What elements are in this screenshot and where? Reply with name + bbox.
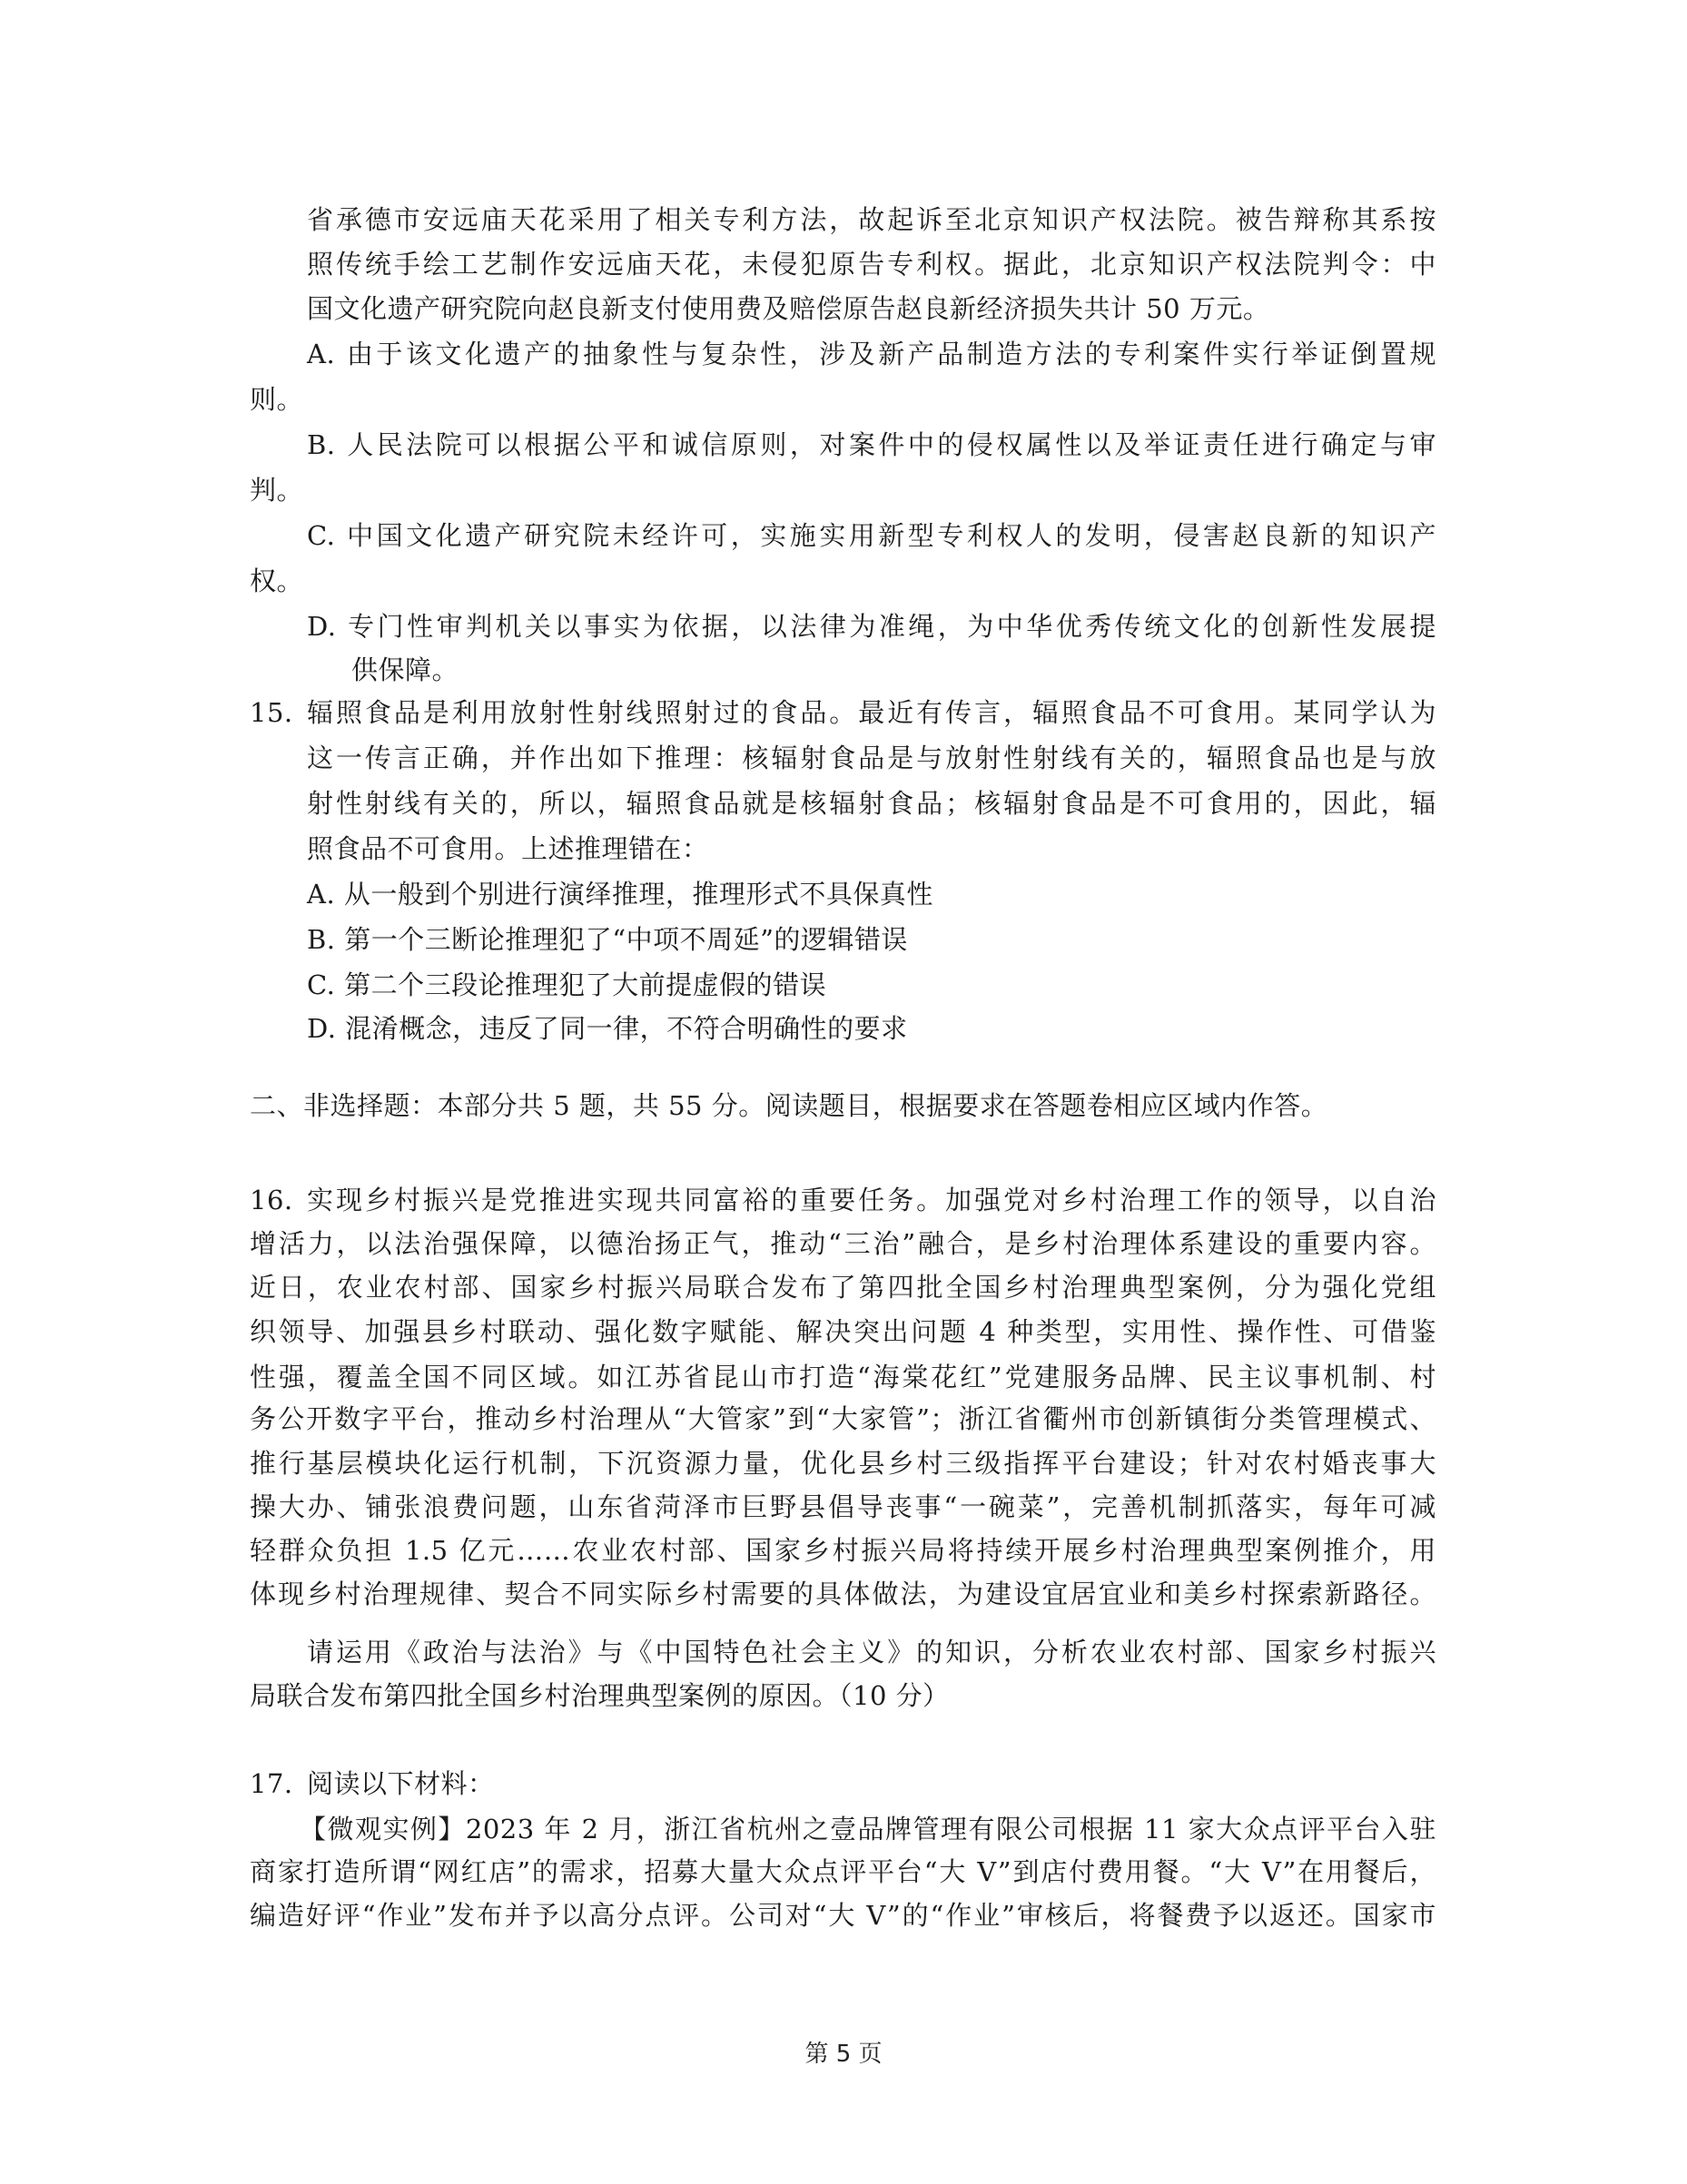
option-label: C. [307,520,335,551]
option-text: 人民法院可以根据公平和诚信原则，对案件中的侵权属性以及举证责任进行确定与审 [347,429,1436,460]
q16-line: 推行基层模块化运行机制，下沉资源力量，优化县乡村三级指挥平台建设；针对农村婚丧事… [250,1445,1436,1481]
q15-option-d: D. 混淆概念，违反了同一律，不符合明确性的要求 [307,1010,908,1047]
q14-option-b: B. 人民法院可以根据公平和诚信原则，对案件中的侵权属性以及举证责任进行确定与审 [307,427,1436,463]
q16-line: 织领导、加强县乡村联动、强化数字赋能、解决突出问题 4 种类型，实用性、操作性、… [250,1313,1436,1350]
q14-option-d: D. 专门性审判机关以事实为依据，以法律为准绳，为中华优秀传统文化的创新性发展提 [307,608,1436,644]
q14-option-b-cont: 判。 [250,472,303,508]
q15-option-a: A. 从一般到个别进行演绎推理，推理形式不具保真性 [307,876,933,912]
q15-stem-line: 这一传言正确，并作出如下推理：核辐射食品是与放射性射线有关的，辐照食品也是与放 [307,740,1436,776]
q16-prompt-line: 请运用《政治与法治》与《中国特色社会主义》的知识，分析农业农村部、国家乡村振兴 [307,1634,1436,1670]
q17-line: 【微观实例】2023 年 2 月，浙江省杭州之壹品牌管理有限公司根据 11 家大… [300,1811,1436,1847]
option-text: 中国文化遗产研究院未经许可，实施实用新型专利权人的发明，侵害赵良新的知识产 [347,520,1436,551]
q16-line: 近日，农业农村部、国家乡村振兴局联合发布了第四批全国乡村治理典型案例，分为强化党… [250,1269,1436,1305]
q15-option-c: C. 第二个三段论推理犯了大前提虚假的错误 [307,967,826,1003]
q15-stem-line: 照食品不可食用。上述推理错在： [307,831,709,867]
option-text: 混淆概念，违反了同一律，不符合明确性的要求 [345,1013,908,1044]
exam-page: 省承德市安远庙天花采用了相关专利方法，故起诉至北京知识产权法院。被告辩称其系按 … [0,0,1687,2184]
option-text: 第一个三断论推理犯了“中项不周延”的逻辑错误 [344,924,908,955]
q15-number: 15. [250,694,293,731]
section-heading: 二、非选择题：本部分共 5 题，共 55 分。阅读题目，根据要求在答题卷相应区域… [250,1087,1327,1124]
page-number: 第 5 页 [0,2035,1687,2069]
q14-option-c: C. 中国文化遗产研究院未经许可，实施实用新型专利权人的发明，侵害赵良新的知识产 [307,517,1436,554]
option-label: B. [307,924,336,955]
option-text: 从一般到个别进行演绎推理，推理形式不具保真性 [344,879,933,910]
q14-option-c-cont: 权。 [250,563,303,599]
q15-stem-line: 射性射线有关的，所以，辐照食品就是核辐射食品；核辐射食品是不可食用的，因此，辐 [307,785,1436,821]
q17-line: 编造好评“作业”发布并予以高分点评。公司对“大 V”的“作业”审核后，将餐费予以… [250,1897,1436,1933]
option-label: D. [307,1013,336,1044]
q15-stem-line: 辐照食品是利用放射性射线照射过的食品。最近有传言，辐照食品不可食用。某同学认为 [307,694,1436,731]
q16-line: 实现乡村振兴是党推进实现共同富裕的重要任务。加强党对乡村治理工作的领导，以自治 [307,1182,1436,1218]
option-label: A. [307,339,335,369]
q14-option-d-cont: 供保障。 [351,652,459,688]
option-label: D. [307,611,336,642]
q16-line: 性强，覆盖全国不同区域。如江苏省昆山市打造“海棠花红”党建服务品牌、民主议事机制… [250,1359,1436,1395]
q16-line: 增活力，以法治强保障，以德治扬正气，推动“三治”融合，是乡村治理体系建设的重要内… [250,1225,1436,1262]
q14-stem-line: 国文化遗产研究院向赵良新支付使用费及赔偿原告赵良新经济损失共计 50 万元。 [307,290,1269,327]
q16-line: 务公开数字平台，推动乡村治理从“大管家”到“大家管”；浙江省衢州市创新镇街分类管… [250,1401,1436,1437]
option-text: 第二个三段论推理犯了大前提虚假的错误 [344,969,826,1000]
option-label: B. [307,429,336,460]
q15-option-b: B. 第一个三断论推理犯了“中项不周延”的逻辑错误 [307,921,908,958]
option-text: 专门性审判机关以事实为依据，以法律为准绳，为中华优秀传统文化的创新性发展提 [348,611,1436,642]
q14-option-a: A. 由于该文化遗产的抽象性与复杂性，涉及新产品制造方法的专利案件实行举证倒置规 [307,336,1436,372]
q17-intro: 阅读以下材料： [307,1766,495,1802]
q14-stem-line: 省承德市安远庙天花采用了相关专利方法，故起诉至北京知识产权法院。被告辩称其系按 [307,202,1436,238]
q16-line: 操大办、铺张浪费问题，山东省菏泽市巨野县倡导丧事“一碗菜”，完善机制抓落实，每年… [250,1489,1436,1525]
q14-stem-line: 照传统手绘工艺制作安远庙天花，未侵犯原告专利权。据此，北京知识产权法院判令：中 [307,246,1436,282]
q16-line: 体现乡村治理规律、契合不同实际乡村需要的具体做法，为建设宜居宜业和美乡村探索新路… [250,1576,1436,1612]
q14-option-a-cont: 则。 [250,381,303,418]
q17-line: 商家打造所谓“网红店”的需求，招募大量大众点评平台“大 V”到店付费用餐。“大 … [250,1854,1436,1890]
q16-number: 16. [250,1182,293,1218]
q17-number: 17. [250,1766,293,1802]
q16-prompt-line: 局联合发布第四批全国乡村治理典型案例的原因。（10 分） [250,1677,950,1714]
option-text: 由于该文化遗产的抽象性与复杂性，涉及新产品制造方法的专利案件实行举证倒置规 [347,339,1436,369]
q16-line: 轻群众负担 1.5 亿元……农业农村部、国家乡村振兴局将持续开展乡村治理典型案例… [250,1532,1436,1569]
option-label: C. [307,969,335,1000]
option-label: A. [307,879,335,910]
